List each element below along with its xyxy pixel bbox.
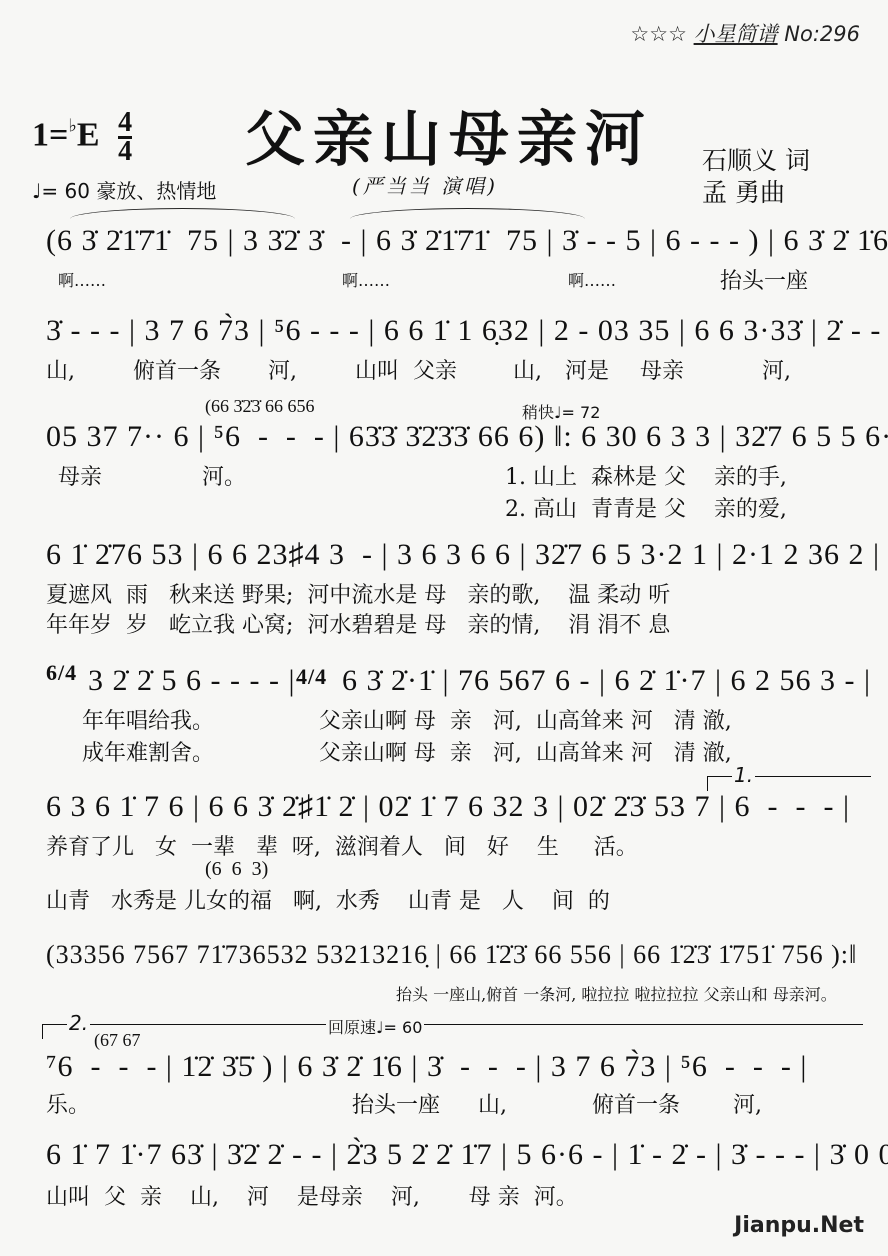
notation-line-3: 05 37 7·· 6 | ⁵6 - - - | 63̇3̇ 3̇2̇3̇3̇ … [46, 420, 888, 454]
star-icons: ☆☆☆ [630, 22, 686, 46]
lyric: 河是 [565, 354, 609, 385]
time-signature: 4 4 [118, 110, 132, 165]
lyric: 河。 [202, 460, 246, 491]
second-ending-bracket: 2. [42, 1024, 863, 1039]
performer: (严当当 演唱) [352, 170, 498, 199]
lyric: 乐。 [46, 1088, 90, 1119]
tempo-marking: ♩= 60 豪放、热情地 [32, 175, 216, 204]
lyric: 啊…… [342, 268, 390, 291]
verse-1-lyric: 1. 山上 森林是 父 亲的手, [505, 460, 787, 491]
notation-line-8: ⁷6 - - - | 1̇2̇ 3̇5̇ ) | 6 3̇ 2̇ 1̇6 | 3… [46, 1050, 807, 1084]
slur [70, 208, 295, 219]
lyric: 啊…… [58, 268, 106, 291]
lyricist: 石顺义 词 [702, 145, 810, 177]
lyric: 山, [46, 354, 75, 385]
verse-1-lyric: 养育了儿 女 一辈 辈 呀, 滋润着人 间 好 生 活。 [46, 830, 638, 861]
credits: 石顺义 词 孟 勇曲 [702, 145, 810, 209]
lyric: 河, [268, 354, 297, 385]
verse-2-lyric: 年年岁 岁 屹立我 心窝; 河水碧碧是 母 亲的情, 涓 涓不 息 [46, 608, 670, 639]
lyric: 母亲 [58, 460, 102, 491]
notation-line-5a: 3 2̇ 2̇ 5 6 - - - - | [88, 664, 295, 698]
notation-line-9: 6 1̇ 7 1̇·7 63̇ | 3̇2̇ 2̇ - - | 2̇̀3 5 2… [46, 1138, 888, 1172]
notation-line-1: (6 3̇ 2̇1̇7̇1̇ 75 | 3 3̇2̇ 3̇ - | 6 3̇ 2… [46, 224, 888, 258]
lyric: 山叫 父亲 [355, 354, 457, 385]
header-tag: ☆☆☆ 小星简谱 No:296 [630, 18, 860, 48]
composer: 孟 勇曲 [702, 177, 810, 209]
lyric: 抬头一座 [720, 264, 808, 295]
lyric: 俯首一条 [133, 354, 221, 385]
slur [350, 208, 585, 219]
notation-line-2: 3̇ - - - | 3 7 6 7̀3 | ⁵6 - - - | 6 6 1̇… [46, 314, 888, 348]
grace-figure: (66 3̇2̇3̇ 66 656 [205, 396, 315, 417]
interlude-lyric: 抬头 一座山,俯首 一条河, 啦拉拉 啦拉拉拉 父亲山和 母亲河。 [396, 982, 837, 1005]
lyric: 山叫 父 亲 山, 河 是母亲 河, 母 亲 河。 [46, 1180, 578, 1211]
flat-icon: ♭ [68, 115, 77, 135]
key-note: E [77, 116, 100, 153]
verse-2-lyric: 成年难割舍。 父亲山啊 母 亲 河, 山高耸来 河 清 澈, [82, 736, 732, 767]
notation-line-4: 6 1̇ 2̇76 53 | 6 6 23♯4 3 - | 3 6 3 6 6 … [46, 538, 880, 572]
key-prefix: 1= [32, 116, 68, 153]
lyric: 母亲 [640, 354, 684, 385]
verse-2-lyric: 2. 高山 青青是 父 亲的爱, [505, 492, 787, 523]
lyric: 河, [762, 354, 791, 385]
lyric: 山, [478, 1088, 507, 1119]
notation-line-5b: 6 3̇ 2̇·1̇ | 76 567 6 - | 6 2̇ 1̇·7 | 6 … [342, 664, 871, 698]
time-sig-denominator: 4 [118, 136, 132, 167]
watermark-logo: Jianpu.Net [734, 1213, 864, 1238]
ending-label: 2. [67, 1011, 90, 1035]
time-sig-change: 4/4 [296, 664, 327, 690]
key-signature: 1=♭E 4 4 [32, 110, 132, 165]
score-number: No:296 [784, 22, 860, 46]
notation-line-7: (33356 7567 71̇736532 53213216̣ | 66 1̇2… [46, 940, 857, 970]
time-sig-numerator: 4 [118, 110, 132, 139]
first-ending-bracket: 1. [707, 776, 871, 791]
ending-label: 1. [732, 763, 755, 787]
verse-2-lyric: 山青 水秀是 儿女的福 啊, 水秀 山青 是 人 间 的 [46, 884, 610, 915]
lyric: 河, [733, 1088, 762, 1119]
song-title: 父亲山母亲河 [245, 92, 653, 178]
tempo-change: 回原速♩= 60 [326, 1015, 424, 1038]
grace-figure: (67 67 [94, 1030, 141, 1051]
time-sig-change: 6/4 [46, 664, 77, 682]
notation-line-6: 6 3 6 1̇ 7 6 | 6 6 3̇ 2̇♯1̇ 2̇ | 02̇ 1̇ … [46, 790, 850, 824]
lyric: 俯首一条 [592, 1088, 680, 1119]
verse-1-lyric: 夏遮风 雨 秋来送 野果; 河中流水是 母 亲的歌, 温 柔动 听 [46, 578, 670, 609]
lyric: 啊…… [568, 268, 616, 291]
lyric: 山, [513, 354, 542, 385]
verse-1-lyric: 年年唱给我。 父亲山啊 母 亲 河, 山高耸来 河 清 澈, [82, 704, 732, 735]
lyric: 抬头一座 [352, 1088, 440, 1119]
brand-link[interactable]: 小星简谱 [694, 22, 778, 46]
alt-notes: (6 6 3) [205, 858, 268, 881]
